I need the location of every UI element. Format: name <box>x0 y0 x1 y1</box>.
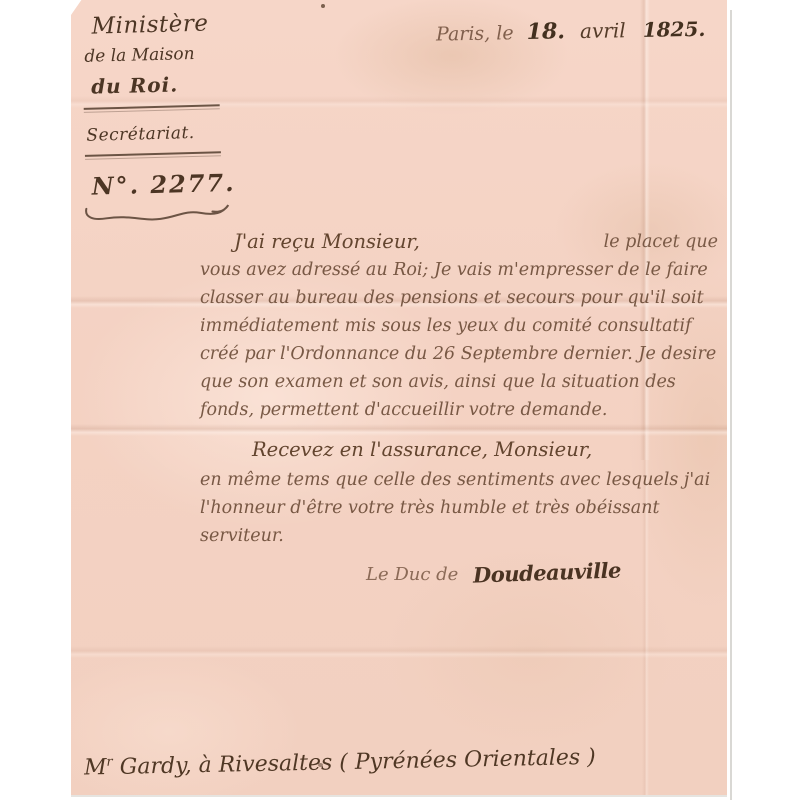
dateline-month: avril <box>580 18 626 43</box>
letterhead-divider <box>85 151 221 160</box>
signature-line: Le Duc de Doudeauville <box>366 560 621 585</box>
body-line: classer au bureau des pensions et secour… <box>200 284 722 312</box>
signature-title: Le Duc de <box>366 564 458 585</box>
body-line: créé par l'Ordonnance du 26 Septembre de… <box>200 340 722 368</box>
letterhead-department: Secrétariat. <box>86 122 226 146</box>
letterhead-ministry-line3: du Roi. <box>91 71 226 98</box>
closing-line: serviteur. <box>200 522 722 550</box>
body-opening-right: le placet que <box>604 228 722 256</box>
body-line: que son examen et son avis, ainsi que la… <box>200 368 722 396</box>
letterhead: Ministère de la Maison du Roi. Secrétari… <box>81 10 229 227</box>
letter-body: J'ai reçu Monsieur, le placet que vous a… <box>200 228 722 424</box>
dateline: Paris, le 18. avril 1825. <box>436 15 726 46</box>
paper-bottom-edge-shadow <box>71 795 727 797</box>
closing-line: Recevez en l'assurance, Monsieur, <box>200 434 722 466</box>
letterhead-divider <box>84 104 220 113</box>
letterhead-ministry-line1: Ministère <box>91 10 224 39</box>
body-line: fonds, permettent d'accueillir votre dem… <box>200 396 722 424</box>
closing-line: l'honneur d'être votre très humble et tr… <box>200 494 722 522</box>
ink-speck <box>321 4 325 8</box>
dateline-place: Paris, le <box>436 22 514 45</box>
dateline-year: 1825. <box>642 17 705 42</box>
body-line: immédiatement mis sous les yeux du comit… <box>200 312 722 340</box>
letterhead-ministry-line2: de la Maison <box>84 43 224 67</box>
flourish-swash <box>82 199 233 227</box>
dateline-day: 18. <box>526 18 565 45</box>
letter-closing: Recevez en l'assurance, Monsieur, en mêm… <box>200 434 722 550</box>
paper-right-edge-shadow <box>730 10 732 800</box>
letter-photo: Ministère de la Maison du Roi. Secrétari… <box>0 0 800 800</box>
body-opening-line: J'ai reçu Monsieur, le placet que <box>200 228 722 256</box>
signature-name: Doudeauville <box>473 557 622 587</box>
recipient-honorific: M <box>84 755 107 780</box>
closing-line: en même tems que celle des sentiments av… <box>200 466 722 494</box>
salutation: J'ai reçu Monsieur, <box>200 228 420 256</box>
letterhead-reference-number: N°. 2277. <box>91 168 228 201</box>
body-line: vous avez adressé au Roi; Je vais m'empr… <box>200 256 722 284</box>
